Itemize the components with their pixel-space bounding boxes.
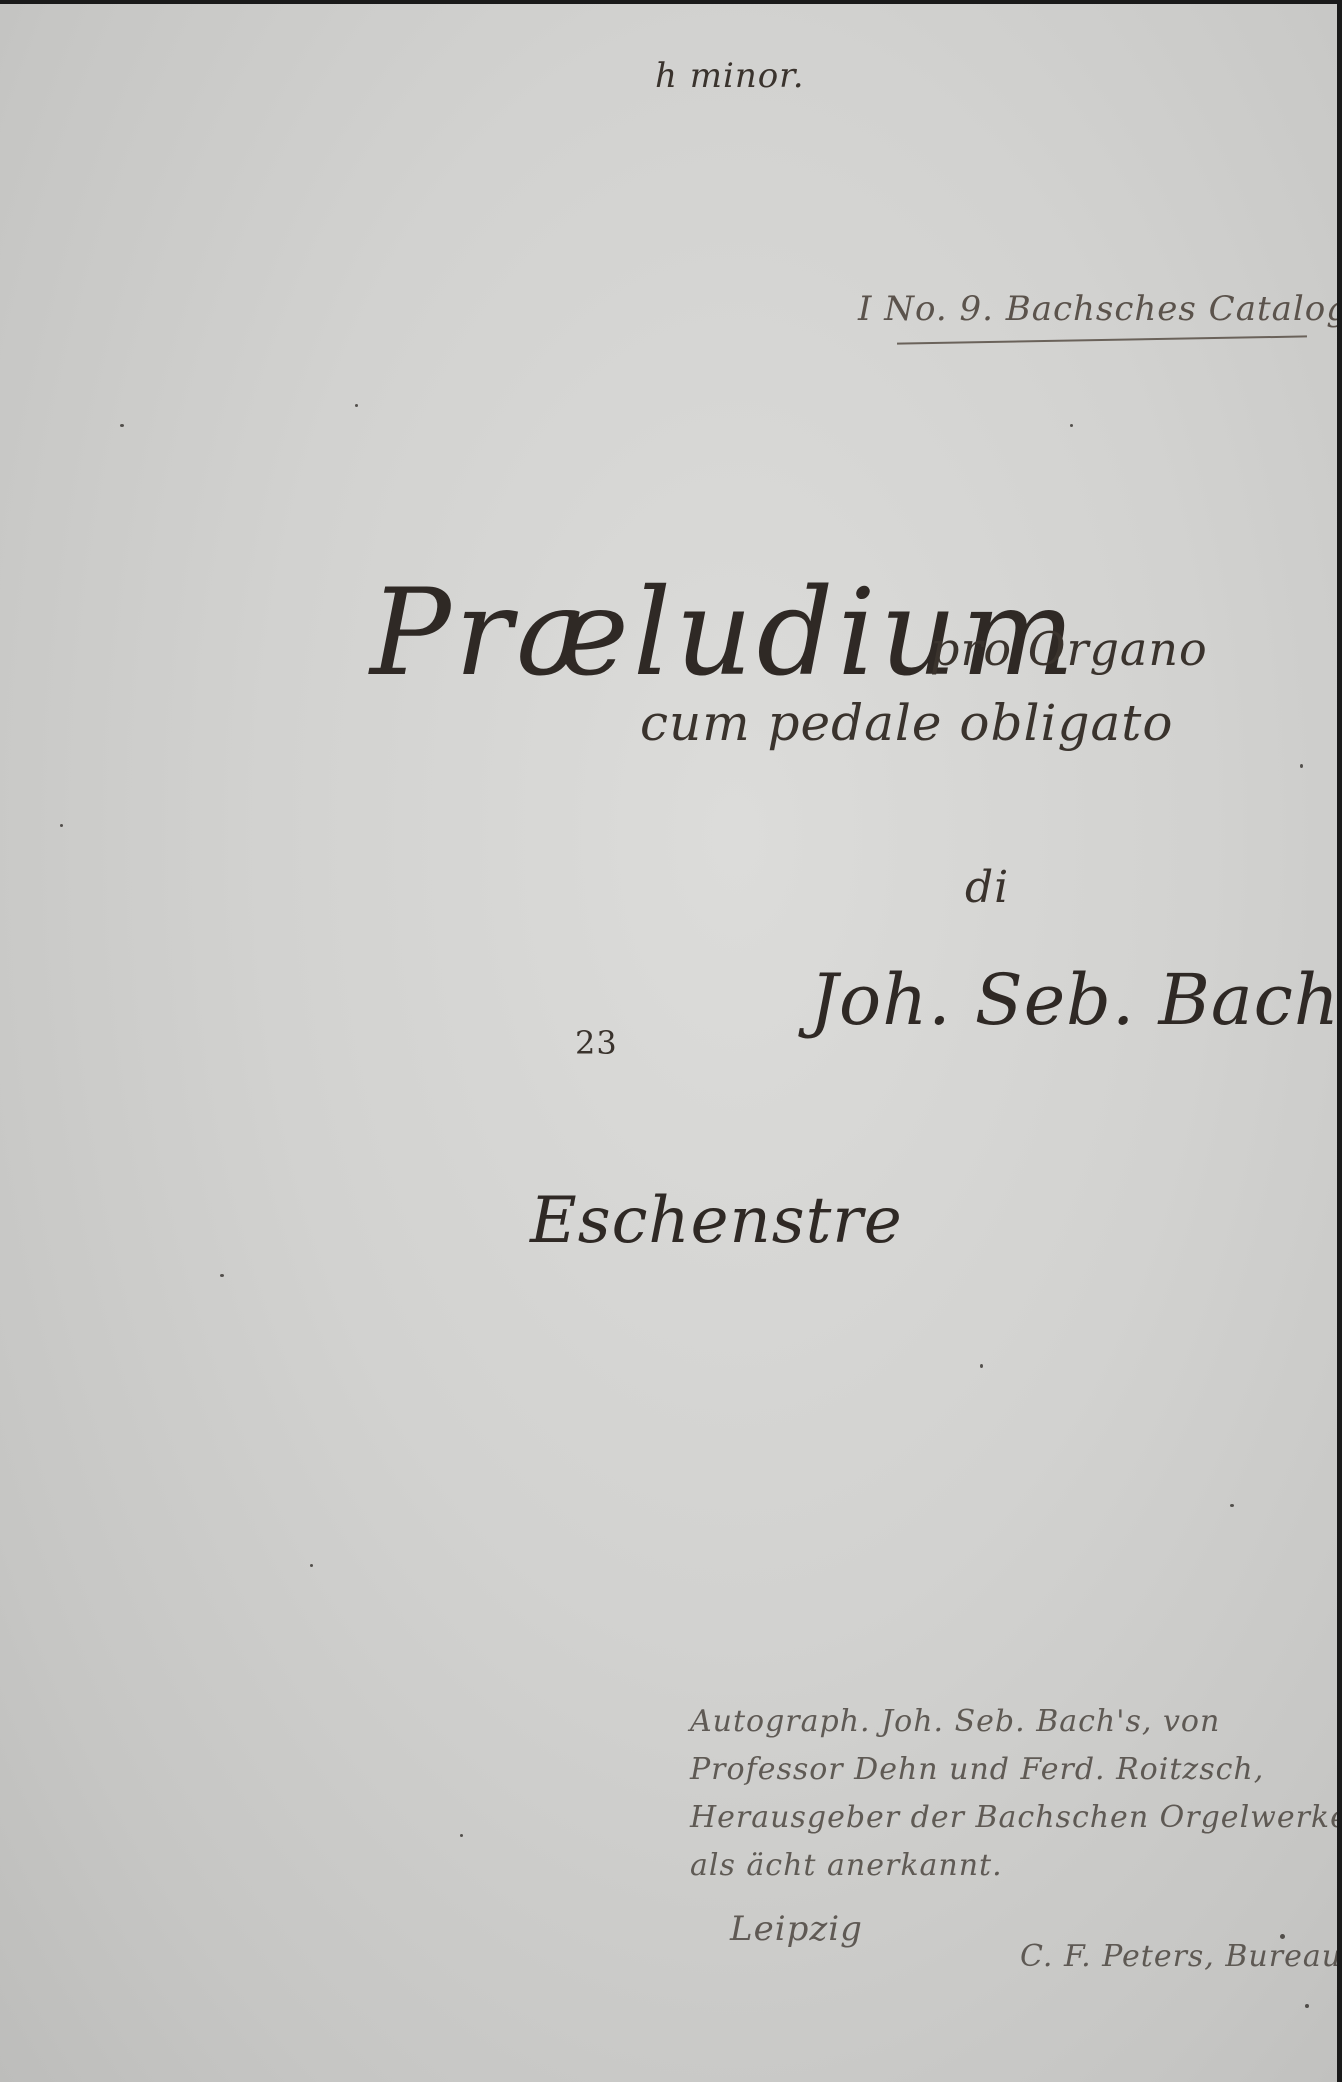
manuscript-page: h minor. I No. 9. Bachsches Catalogue Pr…: [0, 4, 1337, 2082]
paper-speck: [460, 1834, 463, 1837]
catalog-note: I No. 9. Bachsches Catalogue: [858, 289, 1337, 329]
page-number: 23: [575, 1024, 618, 1062]
paper-speck: [355, 404, 358, 407]
note-line: Professor Dehn und Ferd. Roitzsch,: [690, 1752, 1264, 1787]
note-line: Herausgeber der Bachschen Orgelwerke,: [690, 1800, 1337, 1835]
place-name: Leipzig: [730, 1909, 863, 1949]
paper-speck: [220, 1274, 224, 1277]
paper-speck: [1230, 1504, 1234, 1507]
paper-speck: [60, 824, 63, 827]
paper-speck: [1300, 764, 1303, 768]
paper-speck: [120, 424, 124, 427]
key-label: h minor.: [655, 56, 805, 96]
title-line-3: cum pedale obligato: [640, 694, 1174, 752]
publisher-signature: C. F. Peters, Bureau de Musique: [1020, 1939, 1337, 1974]
catalog-underline: [897, 335, 1307, 344]
note-line: Autograph. Joh. Seb. Bach's, von: [690, 1704, 1220, 1739]
note-line: als ächt anerkannt.: [690, 1848, 1003, 1883]
attribution-prefix: di: [965, 862, 1009, 913]
owner-mark: Eschenstre: [530, 1184, 903, 1258]
paper-speck: [980, 1364, 983, 1368]
paper-speck: [310, 1564, 313, 1567]
title-line-2: pro Organo: [930, 622, 1208, 676]
composer-signature: Joh. Seb. Bach.: [810, 959, 1337, 1041]
paper-speck: [1305, 2004, 1309, 2008]
paper-speck: [1070, 424, 1073, 427]
